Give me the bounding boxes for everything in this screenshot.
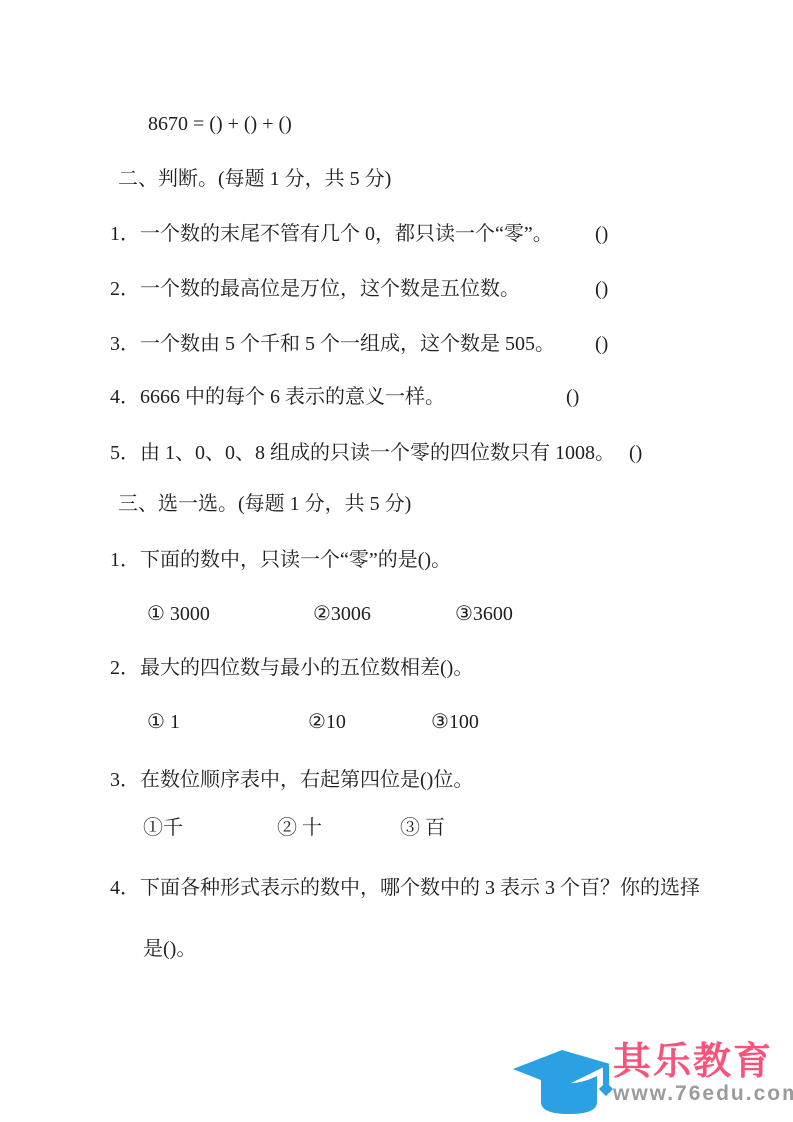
- item-text: 一个数由 5 个千和 5 个一组成，这个数是 505。: [140, 333, 555, 355]
- item-number: 2．: [110, 657, 140, 679]
- item-number: 3．: [110, 333, 140, 355]
- graduation-cap-icon: [505, 1038, 615, 1118]
- answer-blank: (): [566, 385, 579, 409]
- item-number: 5．: [110, 442, 140, 464]
- answer-blank: (): [595, 332, 608, 356]
- item-number: 3．: [110, 769, 140, 791]
- item-text: 6666 中的每个 6 表示的意义一样。: [140, 386, 445, 408]
- item-text: 由 1、0、0、8 组成的只读一个零的四位数只有 1008。: [140, 442, 615, 464]
- item-number: 1．: [110, 223, 140, 245]
- question-text: 下面的数中，只读一个“零”的是()。: [140, 549, 451, 571]
- option-1: ①千: [143, 816, 183, 840]
- question-text: 下面各种形式表示的数中，哪个数中的 3 表示 3 个百？你的选择: [140, 877, 700, 899]
- question-text: 最大的四位数与最小的五位数相差()。: [140, 657, 473, 679]
- section-heading-text: 三、选一选。(每题 1 分，共 5 分): [118, 492, 411, 516]
- option-1: ① 3000: [147, 602, 210, 626]
- item-number: 4．: [110, 386, 140, 408]
- item-text: 一个数的末尾不管有几个 0，都只读一个“零”。: [140, 223, 553, 245]
- section-heading-text: 二、判断。(每题 1 分，共 5 分): [118, 167, 391, 191]
- question-text-line2: 是()。: [143, 937, 196, 961]
- answer-blank: (): [595, 277, 608, 301]
- fill-blank-text: 8670 = () + () + (): [148, 112, 292, 136]
- answer-blank: (): [595, 222, 608, 246]
- item-text: 一个数的最高位是万位，这个数是五位数。: [140, 278, 520, 300]
- option-1: ① 1: [147, 710, 180, 734]
- document-page: 8670 = () + () + () 二、判断。(每题 1 分，共 5 分) …: [0, 0, 793, 1122]
- brand-name: 其乐教育: [613, 1042, 793, 1082]
- option-2: ②10: [308, 710, 346, 734]
- brand-logo: 其乐教育 www.76edu.com: [505, 1038, 790, 1118]
- brand-url: www.76edu.com: [613, 1083, 793, 1105]
- question-text: 在数位顺序表中，右起第四位是()位。: [140, 769, 473, 791]
- item-number: 4．: [110, 877, 140, 899]
- option-2: ②3006: [313, 602, 371, 626]
- option-3: ③3600: [455, 602, 513, 626]
- item-number: 1．: [110, 549, 140, 571]
- item-number: 2．: [110, 278, 140, 300]
- option-3: ③ 百: [400, 816, 445, 840]
- option-2: ② 十: [277, 816, 322, 840]
- answer-blank: (): [629, 442, 642, 464]
- option-3: ③100: [431, 710, 479, 734]
